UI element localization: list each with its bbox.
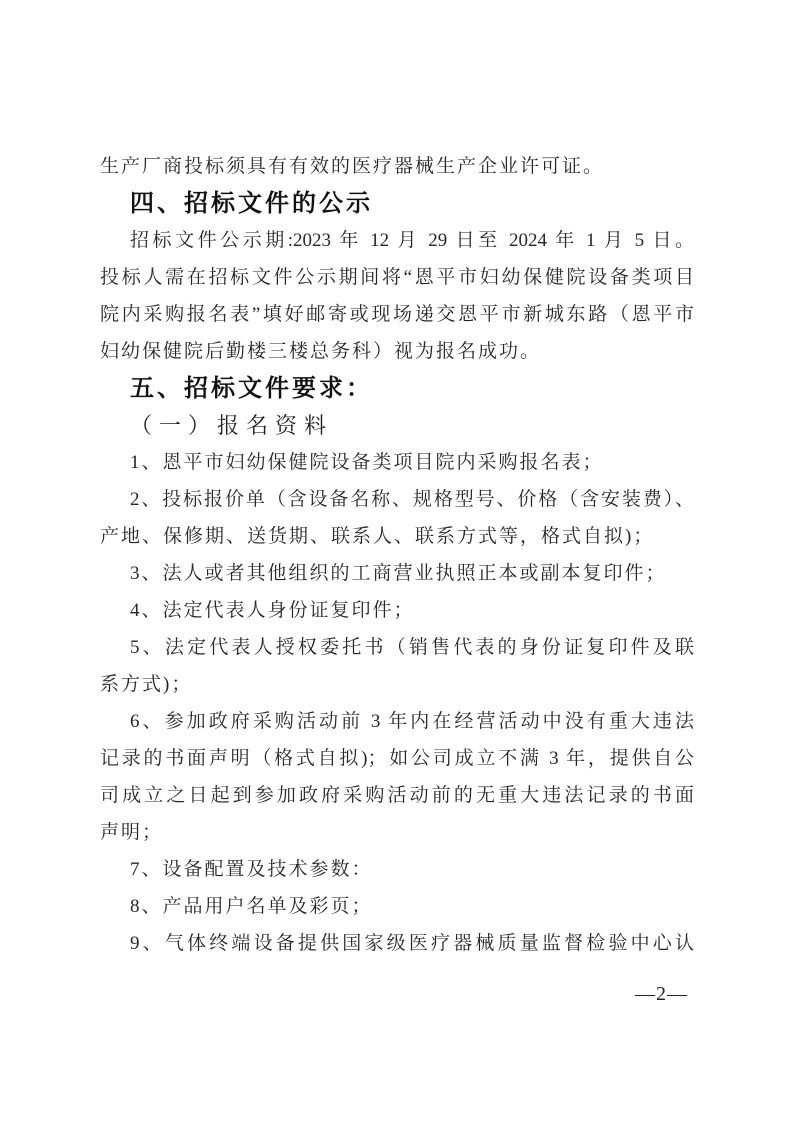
list-item-3: 3、法人或者其他组织的工商营业执照正本或副本复印件； — [100, 555, 694, 592]
list-item-4: 4、法定代表人身份证复印件； — [100, 592, 694, 629]
subheading-registration-materials: （一）报名资料 — [100, 407, 694, 444]
list-item-6-line-1: 6、参加政府采购活动前 3 年内在经营活动中没有重大违法 — [100, 703, 694, 740]
list-item-2-line-1: 2、投标报价单（含设备名称、规格型号、价格（含安装费）、 — [100, 481, 694, 518]
list-item-5-line-1: 5、法定代表人授权委托书（销售代表的身份证复印件及联 — [100, 629, 694, 666]
announcement-paragraph-line-3: 院内采购报名表”填好邮寄或现场递交恩平市新城东路（恩平市 — [100, 296, 694, 333]
announcement-paragraph-line-1: 招标文件公示期:2023 年 12 月 29 日至 2024 年 1 月 5 日… — [100, 222, 694, 259]
announcement-paragraph-line-4: 妇幼保健院后勤楼三楼总务科）视为报名成功。 — [100, 333, 694, 370]
heading-section-five: 五、招标文件要求： — [100, 370, 694, 407]
list-item-1: 1、恩平市妇幼保健院设备类项目院内采购报名表； — [100, 444, 694, 481]
document-page: 生产厂商投标须具有有效的医疗器械生产企业许可证。 四、招标文件的公示 招标文件公… — [0, 0, 794, 1123]
list-item-9-line-1: 9、气体终端设备提供国家级医疗器械质量监督检验中心认 — [100, 925, 694, 962]
page-number: —2— — [100, 976, 688, 1013]
list-item-6-line-3: 司成立之日起到参加政府采购活动前的无重大违法记录的书面 — [100, 777, 694, 814]
body-line-license-requirement: 生产厂商投标须具有有效的医疗器械生产企业许可证。 — [100, 148, 694, 185]
list-item-8: 8、产品用户名单及彩页； — [100, 888, 694, 925]
heading-section-four: 四、招标文件的公示 — [100, 185, 694, 222]
list-item-2-line-2: 产地、保修期、送货期、联系人、联系方式等，格式自拟)； — [100, 518, 694, 555]
list-item-5-line-2: 系方式)； — [100, 666, 694, 703]
list-item-7: 7、设备配置及技术参数： — [100, 851, 694, 888]
document-text-block: 生产厂商投标须具有有效的医疗器械生产企业许可证。 四、招标文件的公示 招标文件公… — [100, 148, 694, 962]
list-item-6-line-4: 声明； — [100, 814, 694, 851]
list-item-6-line-2: 记录的书面声明（格式自拟)；如公司成立不满 3 年，提供自公 — [100, 740, 694, 777]
announcement-paragraph-line-2: 投标人需在招标文件公示期间将“恩平市妇幼保健院设备类项目 — [100, 259, 694, 296]
